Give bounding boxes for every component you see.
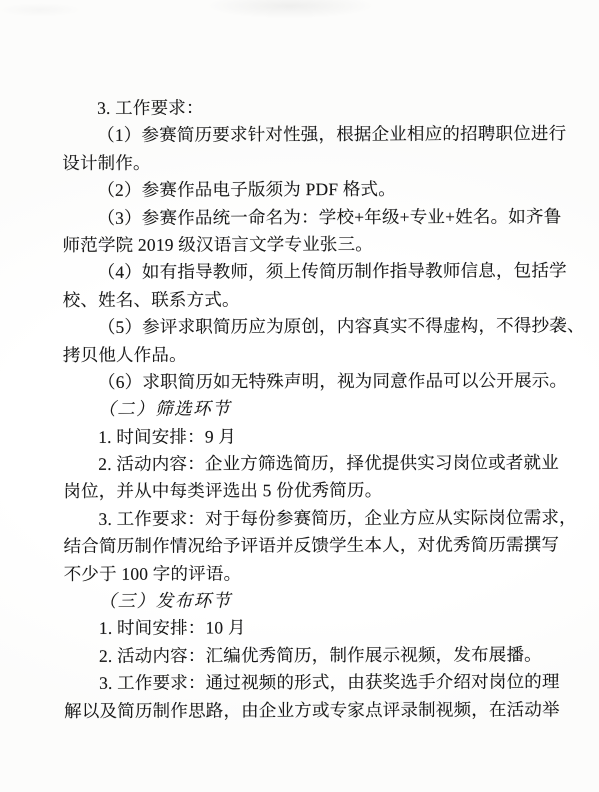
text-line: （2）参赛作品电子版须为 PDF 格式。	[62, 175, 544, 204]
text-line: 2. 活动内容：汇编优秀简历，制作展示视频，发布展播。	[64, 641, 546, 670]
document-body: 3. 工作要求：（1）参赛简历要求针对性强，根据企业相应的招聘职位进行设计制作。…	[62, 93, 546, 725]
text-line: 校、姓名、联系方式。	[63, 285, 545, 314]
text-line: 2. 活动内容：企业方筛选简历，择优提供实习岗位或者就业	[63, 449, 545, 478]
text-line: （1）参赛简历要求针对性强，根据企业相应的招聘职位进行	[62, 121, 544, 150]
text-line: 设计制作。	[62, 148, 544, 177]
section-heading: （二）筛选环节	[63, 395, 545, 424]
text-line: 1. 时间安排：9 月	[63, 422, 545, 451]
text-line: 师范学院 2019 级汉语言文学专业张三。	[62, 230, 544, 259]
text-line: （6）求职简历如无特殊声明，视为同意作品可以公开展示。	[63, 367, 545, 396]
text-line: 3. 工作要求：	[62, 93, 544, 122]
text-line: （5）参评求职简历应为原创，内容真实不得虚构，不得抄袭、	[63, 312, 545, 341]
text-line: 不少于 100 字的评语。	[64, 559, 546, 588]
section-heading: （三）发布环节	[64, 586, 546, 615]
text-line: 拷贝他人作品。	[63, 340, 545, 369]
text-line: 结合简历制作情况给予评语并反馈学生本人，对优秀简历需撰写	[64, 532, 546, 561]
text-line: 3. 工作要求：对于每份参赛简历，企业方应从实际岗位需求，	[63, 504, 545, 533]
text-line: 岗位，并从中每类评选出 5 份优秀简历。	[63, 477, 545, 506]
text-line: 解以及简历制作思路，由企业方或专家点评录制视频，在活动举	[64, 696, 546, 725]
text-line: 3. 工作要求：通过视频的形式，由获奖选手介绍对岗位的理	[64, 669, 546, 698]
text-line: （4）如有指导教师，须上传简历制作指导教师信息，包括学	[63, 258, 545, 287]
text-line: 1. 时间安排：10 月	[64, 614, 546, 643]
scanned-document-page: 3. 工作要求：（1）参赛简历要求针对性强，根据企业相应的招聘职位进行设计制作。…	[0, 0, 599, 792]
text-line: （3）参赛作品统一命名为：学校+年级+专业+姓名。如齐鲁	[62, 203, 544, 232]
